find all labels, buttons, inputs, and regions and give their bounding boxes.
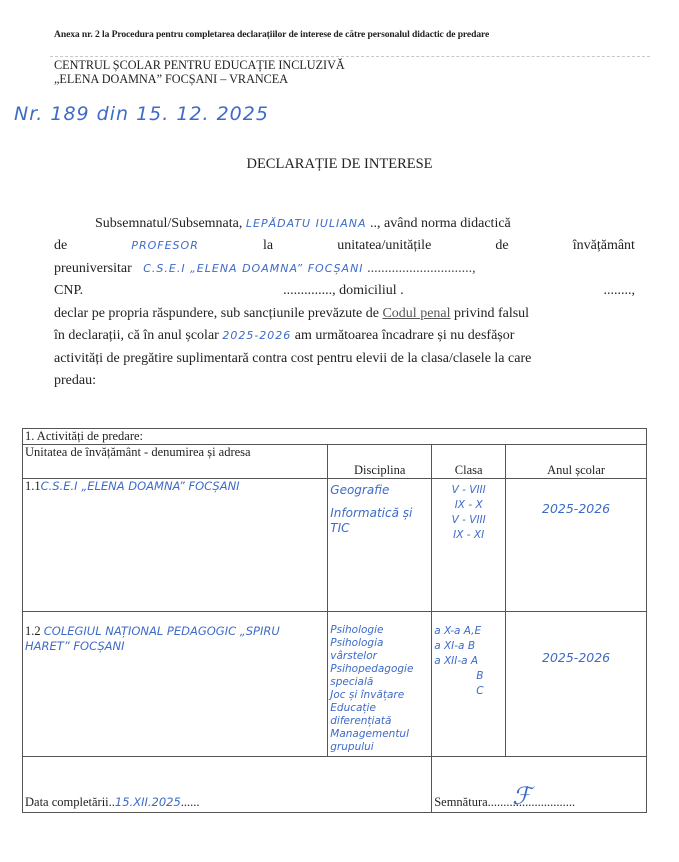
dots: ........,	[604, 280, 636, 303]
teaching-activities-table: 1. Activități de predare: Unitatea de în…	[22, 428, 647, 813]
field-cnp[interactable]: CNP.	[54, 280, 83, 303]
discipline-item: Educație diferențiată	[330, 702, 429, 728]
class-item: IX - X	[434, 498, 503, 513]
dots: ......	[181, 795, 200, 809]
label-preuniversitar: preuniversitar	[54, 261, 132, 276]
line-year: în declarații, că în anul școlar 2025-20…	[54, 325, 514, 348]
label-norma: .., având norma didactică	[370, 216, 511, 231]
table-row: 1.2 COLEGIUL NAȚIONAL PEDAGOGIC „SPIRU H…	[23, 612, 647, 757]
discipline-item: Psihopedagogie specială	[330, 663, 429, 689]
field-domiciliu[interactable]: .............., domiciliul .	[283, 280, 404, 303]
header-divider	[50, 56, 650, 57]
class-item: a XII-a A	[434, 654, 503, 669]
header-discipline: Disciplina	[328, 445, 432, 479]
class-item: a X-a A,E	[434, 624, 503, 639]
class-item: V - VIII	[434, 513, 503, 528]
discipline-item: Geografie	[330, 483, 429, 498]
word-de: de	[54, 235, 67, 258]
dots: ..............................,	[367, 261, 476, 276]
line-name: Subsemnatul/Subsemnata, LEPĂDATU IULIANA…	[95, 213, 511, 236]
field-unit[interactable]: COLEGIUL NAȚIONAL PEDAGOGIC „SPIRU HARET…	[25, 624, 280, 653]
discipline-item: Informatică și TIC	[330, 506, 429, 536]
line-declar: declar pe propria răspundere, sub sancți…	[54, 303, 529, 326]
line-school: preuniversitar C.S.E.I „ELENA DOAMNA” FO…	[54, 258, 476, 281]
signature-cell: Semnătura............................ ℱ	[432, 757, 647, 813]
label-subsemnatul: Subsemnatul/Subsemnata,	[95, 216, 242, 231]
line-function: de PROFESOR la unitatea/unitățile de înv…	[54, 235, 635, 258]
cell-class[interactable]: V - VIII IX - X V - VIII IX - XI	[432, 479, 506, 612]
word-invatamant: învățământ	[573, 235, 635, 258]
text-incadrare: am următoarea încadrare și nu desfășor	[291, 328, 514, 343]
registration-number: Nr. 189 din 15. 12. 2025	[14, 103, 269, 125]
section-title: 1. Activități de predare:	[23, 429, 647, 445]
table-row: 1.1C.S.E.I „ELENA DOAMNA” FOCȘANI Geogra…	[23, 479, 647, 612]
cell-class[interactable]: a X-a A,E a XI-a B a XII-a A B C	[432, 612, 506, 757]
annex-reference: Anexa nr. 2 la Procedura pentru completa…	[54, 29, 489, 40]
class-item: C	[434, 684, 503, 699]
class-item: a XI-a B	[434, 639, 503, 654]
discipline-item: Psihologia vârstelor	[330, 637, 429, 663]
institution-address: „ELENA DOAMNA” FOCȘANI – VRANCEA	[54, 72, 288, 87]
field-function[interactable]: PROFESOR	[131, 235, 199, 258]
word-de2: de	[495, 235, 508, 258]
cell-unit: 1.1C.S.E.I „ELENA DOAMNA” FOCȘANI	[23, 479, 328, 612]
institution-name: CENTRUL ȘCOLAR PENTRU EDUCAȚIE INCLUZIVĂ	[54, 58, 345, 73]
text-falsul: privind falsul	[451, 306, 530, 321]
header-year: Anul școlar	[506, 445, 647, 479]
field-school-year[interactable]: 2025-2026	[222, 329, 291, 342]
cell-discipline[interactable]: Psihologie Psihologia vârstelor Psihoped…	[328, 612, 432, 757]
class-item: B	[434, 669, 503, 684]
discipline-item: Managementul grupului	[330, 728, 429, 754]
cell-year[interactable]: 2025-2026	[506, 479, 647, 612]
row-number: 1.1	[25, 479, 41, 493]
text-declar: declar pe propria răspundere, sub sancți…	[54, 306, 382, 321]
field-unit[interactable]: C.S.E.I „ELENA DOAMNA” FOCȘANI	[41, 479, 240, 493]
dots: ............................	[488, 795, 576, 809]
text-anul: în declarații, că în anul școlar	[54, 328, 222, 343]
document-title: DECLARAȚIE DE INTERESE	[0, 156, 679, 173]
word-unit: unitatea/unitățile	[337, 235, 431, 258]
row-number: 1.2	[25, 624, 41, 638]
header-class: Clasa	[432, 445, 506, 479]
text-predau: predau:	[54, 370, 96, 393]
text-activitati: activități de pregătire suplimentară con…	[54, 348, 531, 371]
field-name[interactable]: LEPĂDATU IULIANA	[246, 217, 367, 230]
cell-discipline[interactable]: Geografie Informatică și TIC	[328, 479, 432, 612]
class-item: IX - XI	[434, 528, 503, 543]
discipline-item: Joc și învățare	[330, 689, 429, 702]
cell-unit: 1.2 COLEGIUL NAȚIONAL PEDAGOGIC „SPIRU H…	[23, 612, 328, 757]
field-school[interactable]: C.S.E.I „ELENA DOAMNA” FOCȘANI	[143, 262, 363, 275]
class-item: V - VIII	[434, 483, 503, 498]
signature-label: Semnătura	[434, 795, 487, 809]
date-cell: Data completării..15.XII.2025......	[23, 757, 432, 813]
header-unit: Unitatea de învățământ - denumirea și ad…	[23, 445, 328, 479]
date-label: Data completării..	[25, 795, 115, 809]
cell-year[interactable]: 2025-2026	[506, 612, 647, 757]
discipline-item: Psihologie	[330, 624, 429, 637]
word-la: la	[263, 235, 273, 258]
line-cnp: CNP. .............., domiciliul . ......…	[54, 280, 635, 303]
signature-mark[interactable]: ℱ	[512, 782, 531, 810]
codul-penal-link[interactable]: Codul penal	[382, 306, 450, 321]
field-date[interactable]: 15.XII.2025	[115, 795, 181, 809]
